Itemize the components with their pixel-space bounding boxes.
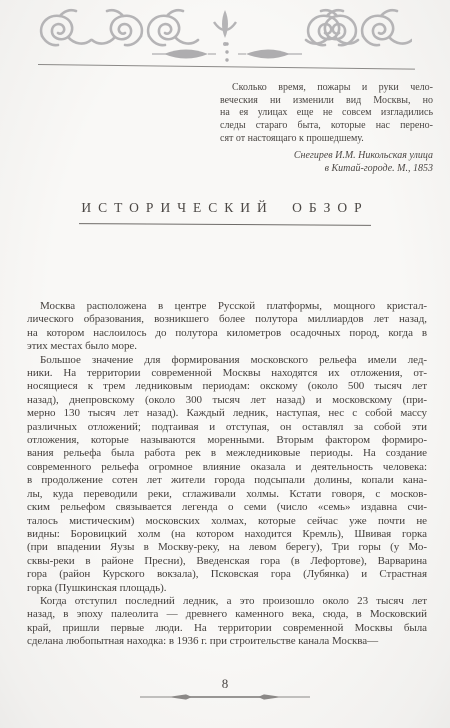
text-line: (при впадении Яузы в Москву-реку, на лев… <box>27 541 427 554</box>
text-line: Большое значение для формирования москов… <box>27 354 427 367</box>
epigraph: Сколько время, пожары и руки чело-веческ… <box>220 82 433 146</box>
text-line: назад), днепровскому (около 300 тысяч ле… <box>27 394 427 407</box>
text-line: Когда отступил последний ледник, а это п… <box>27 595 427 608</box>
text-line: ники. На территории современной Москвы н… <box>27 367 427 380</box>
body-text: Москва расположена в центре Русской плат… <box>27 300 427 649</box>
epigraph-attribution: Снегирев И.М. Никольская улицав Китай-го… <box>203 150 433 175</box>
paragraph: Когда отступил последний ледник, а это п… <box>27 595 427 649</box>
text-line: талось мистическим) московских холмах, к… <box>27 515 427 528</box>
footer-rule-ornament <box>140 692 310 702</box>
text-line: Снегирев И.М. Никольская улица <box>203 150 433 163</box>
text-line: этих местах было море. <box>27 340 427 353</box>
text-line: сят от настоящаго к прошедшему. <box>220 133 433 146</box>
text-line: вания рельефа была работа рек в межледни… <box>27 447 427 460</box>
text-line: Москва расположена в центре Русской плат… <box>27 300 427 313</box>
book-page: Сколько время, пожары и руки чело-веческ… <box>0 0 450 728</box>
text-line: гора (район Курского вокзала), Псковская… <box>27 568 427 581</box>
text-line: следы стараго быта, которые нас перено- <box>220 120 433 133</box>
text-line: назад, в эпоху палеолита — древнего каме… <box>27 608 427 621</box>
page-number: 8 <box>0 676 450 692</box>
text-line: современного рельефа огромное влияние ок… <box>27 461 427 474</box>
text-line: Сколько время, пожары и руки чело- <box>220 82 433 95</box>
paragraph: Москва расположена в центре Русской плат… <box>27 300 427 354</box>
paragraph: Большое значение для формирования москов… <box>27 354 427 595</box>
text-line: горка (Пушкинская площадь). <box>27 582 427 595</box>
text-line: отложения, которые называются моренными.… <box>27 434 427 447</box>
text-line: край, пришли первые люди. На территории … <box>27 622 427 635</box>
text-line: на ея улицах еще не совсем изгладились <box>220 107 433 120</box>
text-line: лы, куда переводили реки, сглаживали хол… <box>27 488 427 501</box>
text-line: мерно 130 тысяч лет назад). Каждый ледни… <box>27 407 427 420</box>
text-line: сквы-реки в районе Пресни), Введенская г… <box>27 555 427 568</box>
text-line: на котором наслоилось до полутора киломе… <box>27 327 427 340</box>
text-line: носящиеся к трем ледниковым периодам: ок… <box>27 380 427 393</box>
text-line: различных отложений; подтаивая и отступа… <box>27 421 427 434</box>
text-line: видны: Боровицкий холм (на котором наход… <box>27 528 427 541</box>
title-rule <box>79 223 371 226</box>
text-line: ским рельефом связывается легенда о семи… <box>27 501 427 514</box>
text-line: лического образования, возникшего более … <box>27 313 427 326</box>
section-title: ИСТОРИЧЕСКИЙ ОБЗОР <box>0 200 450 216</box>
text-line: в продолжение сотен лет жители города по… <box>27 474 427 487</box>
text-line: веческия ни изменили вид Москвы, но <box>220 95 433 108</box>
divider-leaf-ornament <box>152 40 302 66</box>
text-line: в Китай-городе. М., 1853 <box>203 163 433 176</box>
text-line: сделана любопытная находка: в 1936 г. пр… <box>27 635 427 648</box>
